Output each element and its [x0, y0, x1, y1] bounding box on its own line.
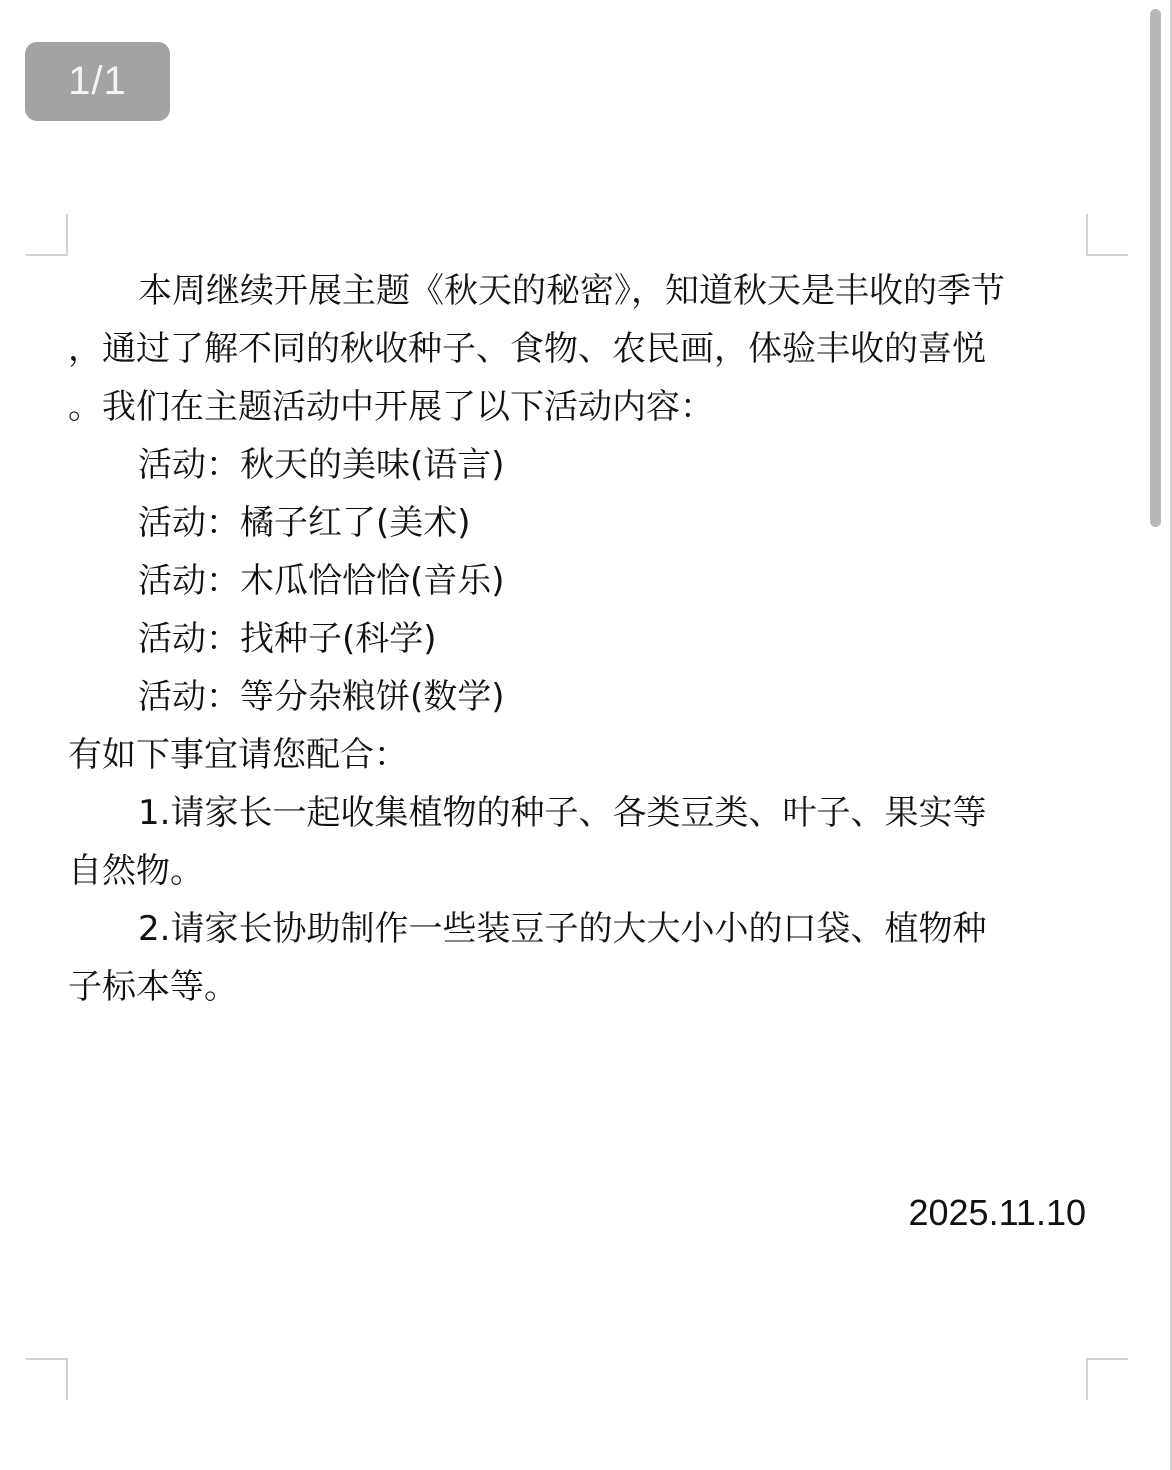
page-margin-corner-bottom-right: [1086, 1358, 1128, 1400]
activity-label: 活动：: [138, 561, 240, 601]
scrollbar-thumb[interactable]: [1150, 9, 1161, 527]
intro-line-2: ，通过了解不同的秋收种子、食物、农民画，体验丰收的喜悦: [68, 320, 1088, 378]
activity-name: 找种子(科学): [240, 619, 437, 659]
activity-item: 活动：秋天的美味(语言): [68, 436, 1088, 494]
activity-item: 活动：木瓜恰恰恰(音乐): [68, 552, 1088, 610]
page-margin-corner-top-left: [26, 214, 68, 256]
activity-label: 活动：: [138, 619, 240, 659]
activity-name: 橘子红了(美术): [240, 503, 471, 543]
page-margin-corner-top-right: [1086, 214, 1128, 256]
activity-name: 秋天的美味(语言): [240, 445, 505, 485]
document-body: 本周继续开展主题《秋天的秘密》，知道秋天是丰收的季节 ，通过了解不同的秋收种子、…: [68, 262, 1088, 1016]
activity-item: 活动：橘子红了(美术): [68, 494, 1088, 552]
request-1-line-1: 1.请家长一起收集植物的种子、各类豆类、叶子、果实等: [68, 784, 1088, 842]
intro-line-3: 。我们在主题活动中开展了以下活动内容：: [68, 378, 1088, 436]
activity-name: 等分杂粮饼(数学): [240, 677, 505, 717]
request-2-line-2: 子标本等。: [68, 958, 1088, 1016]
document-date: 2025.11.10: [860, 1184, 1086, 1242]
request-2-line-1: 2.请家长协助制作一些装豆子的大大小小的口袋、植物种: [68, 900, 1088, 958]
activity-label: 活动：: [138, 445, 240, 485]
activity-name: 木瓜恰恰恰(音乐): [240, 561, 505, 601]
activity-item: 活动：等分杂粮饼(数学): [68, 668, 1088, 726]
activity-label: 活动：: [138, 503, 240, 543]
activity-label: 活动：: [138, 677, 240, 717]
page-indicator: 1/1: [25, 42, 170, 121]
request-1-line-2: 自然物。: [68, 842, 1088, 900]
intro-line-1: 本周继续开展主题《秋天的秘密》，知道秋天是丰收的季节: [68, 262, 1088, 320]
page-margin-corner-bottom-left: [26, 1358, 68, 1400]
request-heading: 有如下事宜请您配合：: [68, 726, 1088, 784]
activity-item: 活动：找种子(科学): [68, 610, 1088, 668]
